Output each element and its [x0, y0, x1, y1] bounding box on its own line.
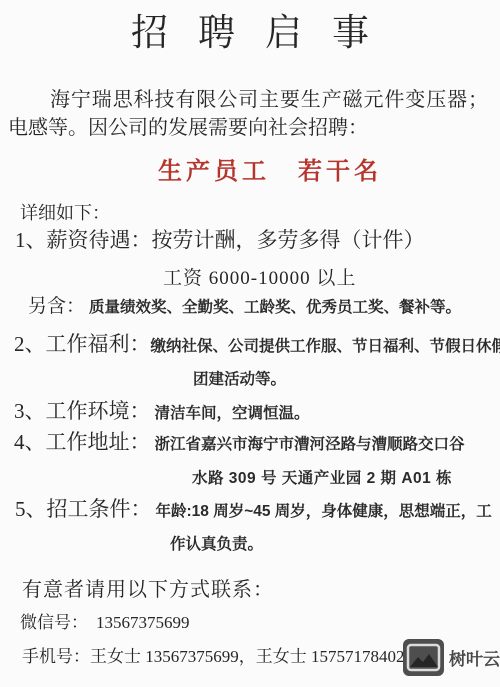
- phone-label: 手机号：: [22, 647, 90, 666]
- item-requirements: 5、招工条件： 年龄:18 周岁~45 周岁，身体健康，思想端正，工: [15, 494, 492, 527]
- item-salary-extra-label: 另含：: [28, 296, 85, 317]
- item-welfare-cont: 团建活动等。: [193, 367, 286, 389]
- item-salary-wage: 工资 6000-10000 以上: [163, 263, 356, 290]
- wechat-number: 13567375699: [96, 613, 190, 632]
- item-environment: 3、工作环境： 清洁车间，空调恒温。: [14, 397, 310, 428]
- item-address-cont: 水路 309 号 天通产业园 2 期 A01 栋: [192, 466, 452, 488]
- item-address: 4、工作地址： 浙江省嘉兴市海宁市漕河泾路与漕顺路交口谷: [14, 428, 465, 459]
- watermark-label: 树叶云: [449, 645, 500, 670]
- item-address-text: 浙江省嘉兴市海宁市漕河泾路与漕顺路交口谷: [155, 436, 465, 453]
- item-welfare-head: 2、工作福利：: [14, 332, 151, 356]
- page-title: 招聘启事: [131, 13, 399, 54]
- phone-row: 手机号：王女士 13567375699，王女士 15757178402: [22, 642, 405, 667]
- item-salary-extra-text: 质量绩效奖、全勤奖、工龄奖、优秀员工奖、餐补等。: [89, 299, 461, 316]
- wechat-row: 微信号：13567375699: [20, 608, 190, 633]
- item-requirements-head: 5、招工条件：: [15, 497, 152, 521]
- item-salary-extra: 另含： 质量绩效奖、全勤奖、工龄奖、优秀员工奖、餐补等。: [28, 293, 461, 321]
- recruitment-notice-page: 招聘启事 海宁瑞思科技有限公司主要生产磁元件变压器；电感等。因公司的发展需要向社…: [0, 0, 500, 687]
- phone-numbers: 王女士 13567375699，王女士 15757178402: [90, 647, 405, 666]
- item-requirements-text: 年龄:18 周岁~45 周岁，身体健康，思想端正，工: [156, 503, 492, 520]
- details-label: 详细如下：: [20, 199, 110, 225]
- item-environment-head: 3、工作环境：: [14, 399, 151, 423]
- item-welfare-text: 缴纳社保、公司提供工作服、节日福利、节假日休假、: [151, 338, 500, 355]
- position-headline: 生产员工 若干名: [158, 159, 382, 185]
- wechat-label: 微信号：: [20, 613, 88, 632]
- item-welfare: 2、工作福利：缴纳社保、公司提供工作服、节日福利、节假日休假、: [14, 330, 500, 361]
- intro-paragraph: 海宁瑞思科技有限公司主要生产磁元件变压器；电感等。因公司的发展需要向社会招聘：: [8, 86, 488, 142]
- item-salary-text: 按劳计酬，多劳多得（计件）: [152, 228, 425, 252]
- item-salary: 1、薪资待遇：按劳计酬，多劳多得（计件）: [15, 225, 425, 258]
- watermark-badge: 树叶云: [403, 639, 500, 676]
- page-title-row: 招聘启事: [0, 10, 500, 65]
- headline-row: 生产员工 若干名: [0, 155, 500, 192]
- image-icon: [403, 639, 444, 676]
- item-requirements-cont: 作认真负责。: [170, 532, 263, 554]
- item-environment-text: 清洁车间，空调恒温。: [155, 405, 310, 422]
- contact-header: 有意者请用以下方式联系：: [22, 573, 274, 602]
- item-salary-head: 1、薪资待遇：: [15, 228, 152, 252]
- item-address-head: 4、工作地址：: [14, 430, 151, 454]
